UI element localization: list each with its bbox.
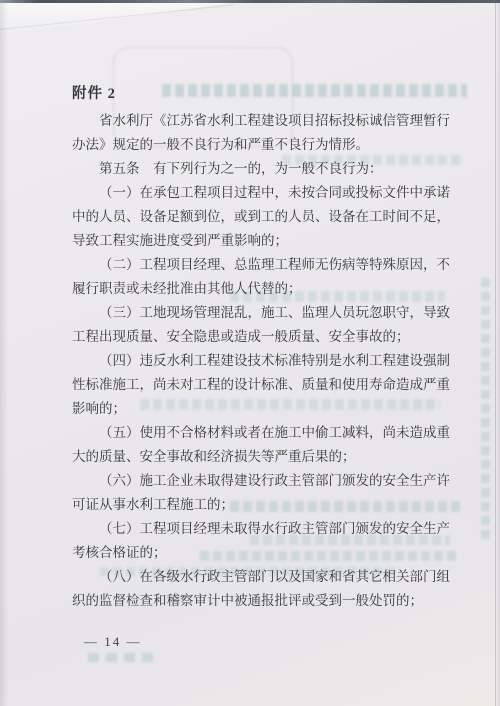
article-heading: 第五条 有下列行为之一的，为一般不良行为： <box>72 157 450 181</box>
page-number: — 14 — <box>84 634 142 650</box>
page-left-edge-shadow <box>0 3 8 706</box>
item-paragraph-4: （四）违反水利工程建设技术标准特别是水利工程建设强制性标准施工，尚未对工程的设计… <box>72 349 450 421</box>
item-paragraph-7: （七）工程项目经理未取得水行政主管部门颁发的安全生产考核合格证的； <box>72 517 450 565</box>
item-paragraph-5: （五）使用不合格材料或者在施工中偷工减料，尚未造成重大的质量、安全事故和经济损失… <box>72 421 450 469</box>
item-paragraph-3: （三）工地现场管理混乱，施工、监理人员玩忽职守，导致工程出现质量、安全隐患或造成… <box>72 301 450 349</box>
item-paragraph-8: （八）在各级水行政主管部门以及国家和省其它相关部门组织的监督检查和稽察审计中被通… <box>72 565 450 613</box>
page-right-edge-shadow <box>496 3 500 706</box>
document-body: 附件 2 省水利厅《江苏省水利工程建设项目招标投标诚信管理暂行办法》规定的一般不… <box>72 83 450 613</box>
scanned-page: 附件 2 省水利厅《江苏省水利工程建设项目招标投标诚信管理暂行办法》规定的一般不… <box>0 0 500 706</box>
bleedthrough-page-number-ghost <box>88 653 156 662</box>
item-paragraph-6: （六）施工企业未取得建设行政主管部门颁发的安全生产许可证从事水利工程施工的； <box>72 469 450 517</box>
paper-sheet: 附件 2 省水利厅《江苏省水利工程建设项目招标投标诚信管理暂行办法》规定的一般不… <box>0 3 500 706</box>
bleedthrough-vertical-text-ghost <box>481 278 490 543</box>
item-paragraph-1: （一）在承包工程项目过程中，未按合同或投标文件中承诺中的人员、设备足额到位，或到… <box>72 181 450 253</box>
intro-paragraph: 省水利厅《江苏省水利工程建设项目招标投标诚信管理暂行办法》规定的一般不良行为和严… <box>72 109 450 157</box>
attachment-label: 附件 2 <box>72 83 450 105</box>
item-paragraph-2: （二）工程项目经理、总监理工程师无伤病等特殊原因，不履行职责或未经批准由其他人代… <box>72 253 450 301</box>
